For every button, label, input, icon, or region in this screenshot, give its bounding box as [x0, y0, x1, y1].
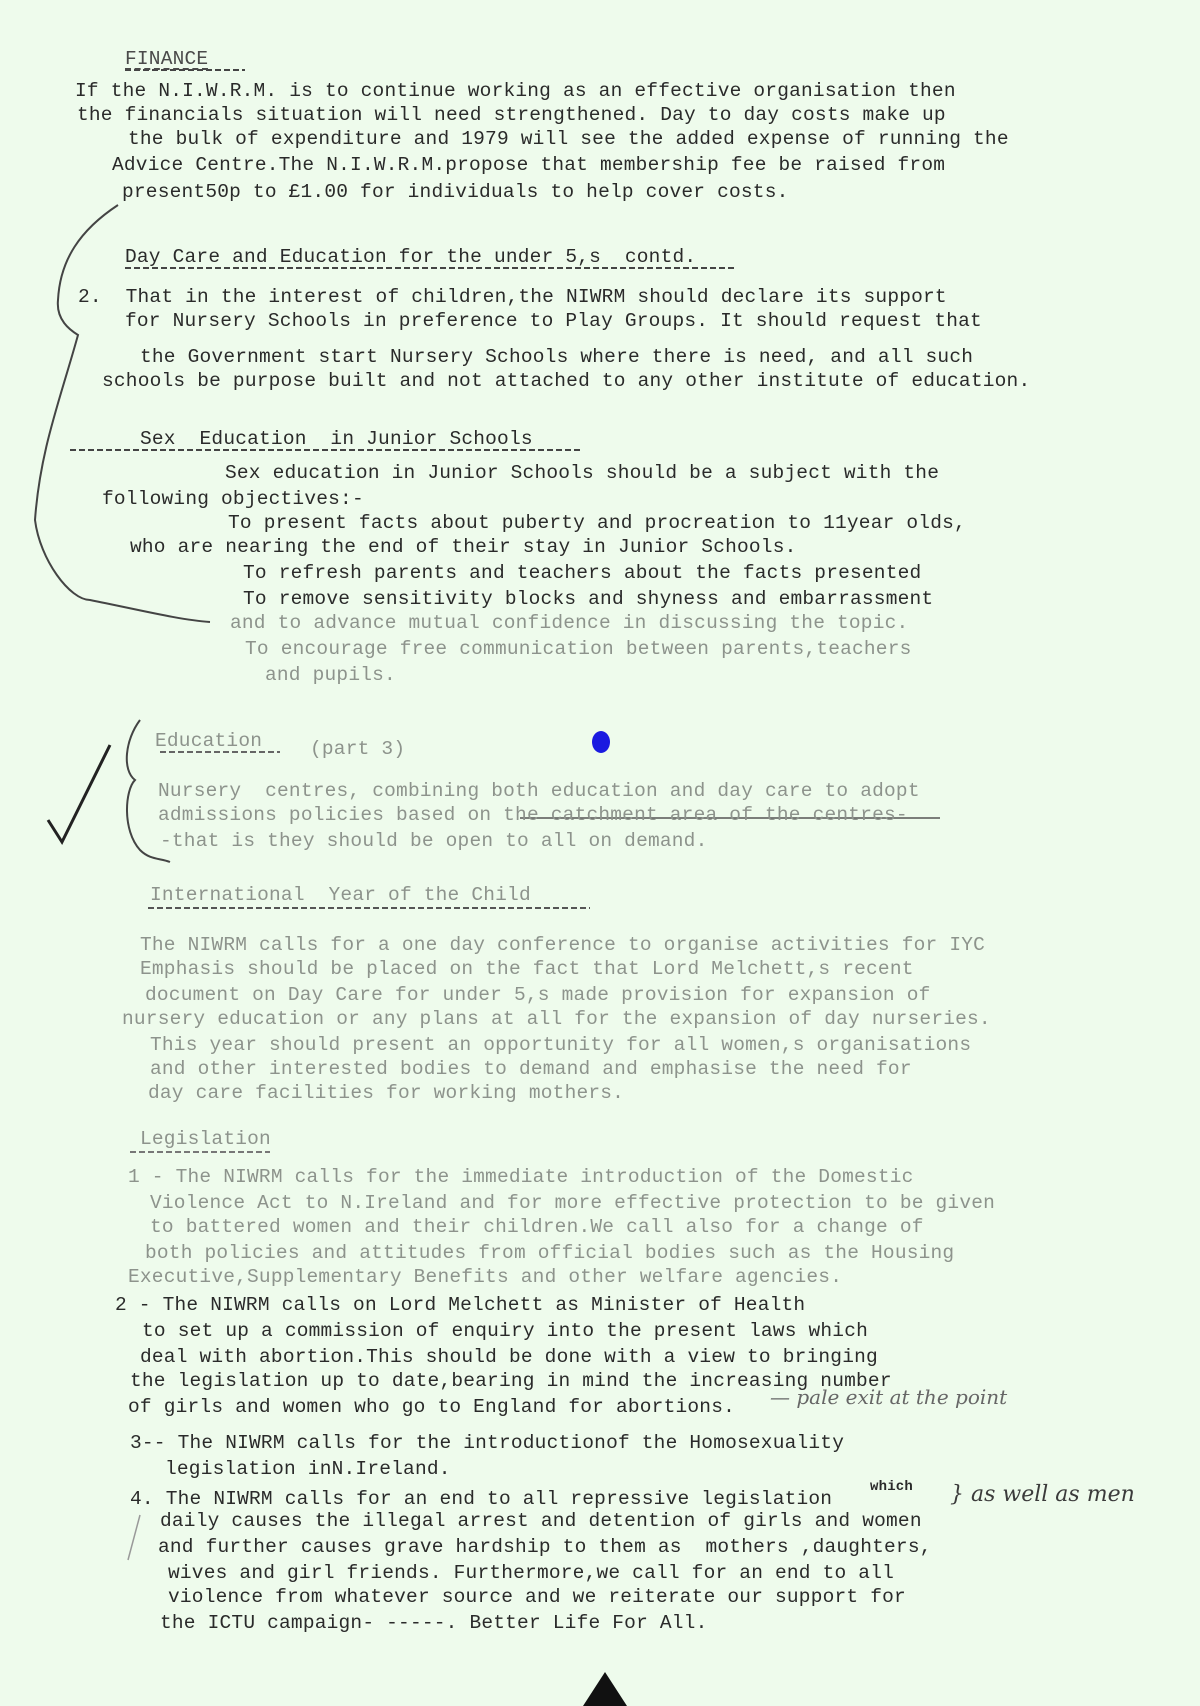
legislation-item-4-line: violence from whatever source and we rei…	[168, 1586, 906, 1608]
section-heading-iyc: International Year of the Child	[150, 884, 531, 906]
sex-ed-line: following objectives:-	[102, 488, 364, 510]
day-care-line: schools be purpose built and not attache…	[102, 370, 1030, 392]
finance-line: Advice Centre.The N.I.W.R.M.propose that…	[112, 154, 945, 176]
legislation-item-2-line: 2 - The NIWRM calls on Lord Melchett as …	[115, 1294, 805, 1316]
legislation-item-2-line: of girls and women who go to England for…	[128, 1396, 735, 1418]
ink-blot	[583, 1672, 627, 1706]
legislation-item-4-line: the ICTU campaign- -----. Better Life Fo…	[160, 1612, 708, 1634]
handwritten-note: — pale exit at the point	[770, 1385, 1007, 1409]
legislation-item-4-line: wives and girl friends. Furthermore,we c…	[168, 1562, 894, 1584]
sex-ed-line: Sex education in Junior Schools should b…	[225, 462, 939, 484]
finance-line: the financials situation will need stren…	[77, 104, 946, 126]
education-line: -that is they should be open to all on d…	[160, 830, 708, 852]
sex-ed-line: To remove sensitivity blocks and shyness…	[243, 588, 933, 610]
finance-line: If the N.I.W.R.M. is to continue working…	[75, 80, 956, 102]
section-heading-day-care: Day Care and Education for the under 5,s…	[125, 246, 696, 268]
iyc-line: The NIWRM calls for a one day conference…	[140, 934, 985, 956]
legislation-item-2-line: to set up a commission of enquiry into t…	[142, 1320, 868, 1342]
section-heading-education: Education	[155, 730, 262, 752]
legislation-item-4-line: daily causes the illegal arrest and dete…	[160, 1510, 922, 1532]
iyc-line: and other interested bodies to demand an…	[150, 1058, 912, 1080]
legislation-item-1-line: Violence Act to N.Ireland and for more e…	[150, 1192, 995, 1214]
sex-ed-line: who are nearing the end of their stay in…	[130, 536, 797, 558]
iyc-line: Emphasis should be placed on the fact th…	[140, 958, 914, 980]
typed-insertion: which	[870, 1476, 913, 1498]
sex-ed-line: To encourage free communication between …	[245, 638, 912, 660]
education-line: Nursery centres, combining both educatio…	[158, 780, 920, 802]
handwritten-note: } as well as men	[950, 1482, 1135, 1507]
document-page: FINANCE If the N.I.W.R.M. is to continue…	[0, 0, 1200, 1706]
education-line: admissions policies based on the catchme…	[158, 804, 908, 826]
legislation-item-1-line: Executive,Supplementary Benefits and oth…	[128, 1266, 842, 1288]
legislation-item-1-line: 1 - The NIWRM calls for the immediate in…	[128, 1166, 914, 1188]
finance-line: the bulk of expenditure and 1979 will se…	[128, 128, 1009, 150]
day-care-line: the Government start Nursery Schools whe…	[140, 346, 973, 368]
education-part-label: (part 3)	[310, 738, 405, 760]
finance-line: present50p to £1.00 for individuals to h…	[122, 181, 789, 203]
legislation-item-2-line: deal with abortion.This should be done w…	[140, 1346, 878, 1368]
sex-ed-line: and to advance mutual confidence in disc…	[230, 612, 908, 634]
ink-dot	[592, 731, 610, 753]
section-heading-finance: FINANCE	[125, 48, 208, 70]
legislation-item-3-line: 3-- The NIWRM calls for the introduction…	[130, 1432, 844, 1454]
legislation-item-4-line: and further causes grave hardship to the…	[158, 1536, 932, 1558]
legislation-item-3-line: legislation inN.Ireland.	[165, 1458, 451, 1480]
sex-ed-line: and pupils.	[265, 664, 396, 686]
legislation-item-1-line: both policies and attitudes from officia…	[145, 1242, 954, 1264]
day-care-line: for Nursery Schools in preference to Pla…	[125, 310, 982, 332]
iyc-line: day care facilities for working mothers.	[148, 1082, 624, 1104]
legislation-item-1-line: to battered women and their children.We …	[150, 1216, 924, 1238]
section-heading-sex-education: Sex Education in Junior Schools	[140, 428, 533, 450]
iyc-line: document on Day Care for under 5,s made …	[145, 984, 931, 1006]
iyc-line: nursery education or any plans at all fo…	[122, 1008, 991, 1030]
sex-ed-line: To refresh parents and teachers about th…	[243, 562, 921, 584]
sex-ed-line: To present facts about puberty and procr…	[228, 512, 966, 534]
iyc-line: This year should present an opportunity …	[150, 1034, 971, 1056]
section-heading-legislation: Legislation	[140, 1128, 271, 1150]
legislation-item-4-line: 4. The NIWRM calls for an end to all rep…	[130, 1488, 832, 1510]
day-care-line: 2. That in the interest of children,the …	[78, 286, 947, 308]
